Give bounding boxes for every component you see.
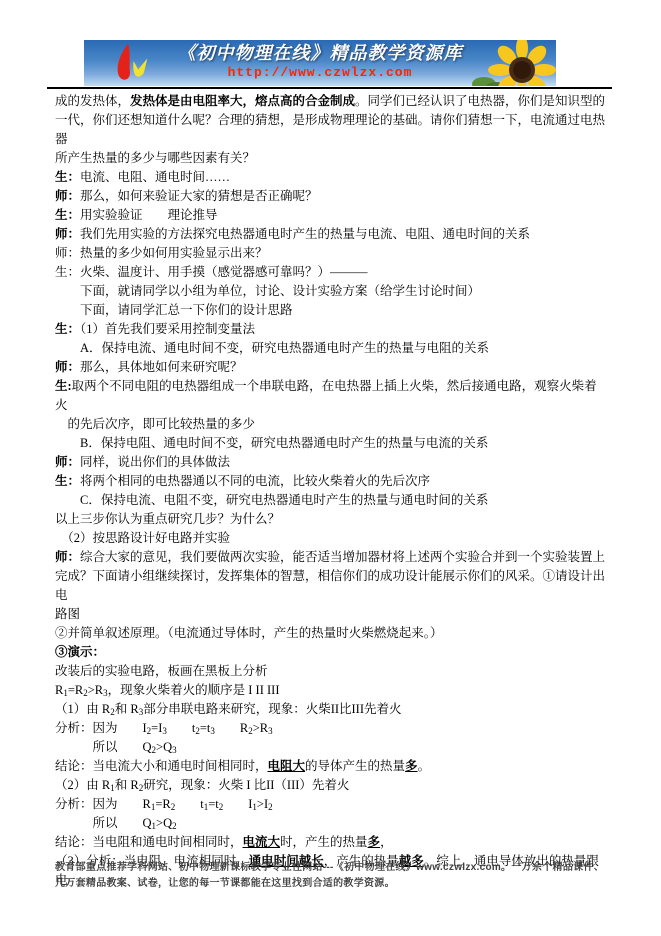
text-run: 那么，如何来验证大家的猜想是否正确呢？	[80, 189, 318, 203]
text-run: 2	[172, 821, 177, 831]
text-run: 师：	[55, 550, 80, 564]
doc-line: 一代，你们还想知道什么呢？合理的猜想，是形成物理理论的基础。请你们猜想一下，电流…	[55, 111, 607, 149]
text-run: 综合大家的意见，我们要做两次实验，能否适当增加器材将上述两个实验合并到一个实验装…	[80, 550, 605, 564]
document-body: 成的发热体，发热体是由电阻率大，熔点高的合金制成。同学们已经认识了电热器，你们是…	[55, 92, 607, 890]
doc-line: 路图	[55, 605, 607, 624]
text-run: 师：	[55, 189, 80, 203]
doc-line: A．保持电流、通电时间不变，研究电热器通电时产生的热量与电阻的关系	[55, 339, 607, 358]
text-run: t	[175, 797, 203, 811]
text-run: t	[167, 721, 195, 735]
text-run: >Q	[156, 740, 172, 754]
text-run: 将两个相同的电热器通以不同的电流，比较火柴着火的先后次序	[80, 474, 430, 488]
text-run: ③演示：	[55, 645, 105, 659]
text-run: 。同学们已经认识了电热器，你们是知识型的	[355, 94, 605, 108]
text-run: （1）首先我们要采用控制变量法	[80, 322, 255, 336]
text-run: 师：	[55, 360, 80, 374]
site-logo-icon	[106, 42, 152, 84]
text-run: 改装后的实验电路，板画在黑板上分析	[55, 664, 268, 678]
doc-line: ③演示：	[55, 643, 607, 662]
text-run: 多	[368, 835, 381, 849]
doc-line: 生：用实验验证 理论推导	[55, 206, 607, 225]
doc-line: 生：将两个相同的电热器通以不同的电流，比较火柴着火的先后次序	[55, 472, 607, 491]
doc-line: 结论：当电流大小和通电时间相同时，电阻大的导体产生的热量多。	[55, 757, 607, 776]
doc-line: 师：那么，如何来验证大家的猜想是否正确呢？	[55, 187, 607, 206]
text-run: 生：	[55, 322, 80, 336]
doc-line: 师：同样，说出你们的具体做法	[55, 453, 607, 472]
doc-line: （2）按思路设计好电路并实验	[55, 529, 607, 548]
doc-line: 所以 Q1>Q2	[55, 814, 607, 833]
text-run: 那么，具体地如何来研究呢？	[80, 360, 243, 374]
doc-line: 师：我们先用实验的方法探究电热器通电时产生的热量与电流、电阻、通电时间的关系	[55, 225, 607, 244]
banner-text-block: 《初中物理在线》精品教学资源库 http://www.czwlzx.com	[170, 42, 470, 81]
text-run: ，现象火柴着火的顺序是 I II III	[108, 683, 280, 697]
footer-line: 教育部重点推荐学科网站、初中物理新课标教学专业性网站---《初中物理在线》www…	[55, 860, 621, 876]
text-run: R	[215, 721, 248, 735]
text-run: =R	[155, 797, 170, 811]
doc-line: 下面，请同学汇总一下你们的设计思路	[55, 301, 607, 320]
text-run: 。	[418, 759, 431, 773]
text-run: 用实验验证 理论推导	[80, 208, 218, 222]
doc-line: R1=R2>R3，现象火柴着火的顺序是 I II III	[55, 681, 607, 700]
doc-line: 所以 Q2>Q3	[55, 738, 607, 757]
doc-line: 师：综合大家的意见，我们要做两次实验，能否适当增加器材将上述两个实验合并到一个实…	[55, 548, 607, 567]
text-run: 时，产生的热量	[280, 835, 368, 849]
text-run: 电流、电阻、通电时间……	[80, 170, 230, 184]
text-run: 生：火柴、温度计、用手摸（感觉器感可靠吗？）———	[55, 265, 368, 279]
text-run: >I	[257, 797, 268, 811]
footer-line: 几万套精品教案、试卷，让您的每一节课都能在这里找到合适的教学资源。	[55, 876, 621, 892]
text-run: 同样，说出你们的具体做法	[80, 455, 230, 469]
text-run: 3	[172, 745, 177, 755]
text-run: 和 R	[115, 778, 139, 792]
text-run: 生：	[55, 208, 80, 222]
text-run: 分析：因为 I	[55, 721, 147, 735]
text-run: 电阻大	[268, 759, 306, 773]
text-run: 师：热量的多少如何用实验显示出来？	[55, 246, 268, 260]
text-run: 的导体产生的热量	[305, 759, 405, 773]
text-run: 我们先用实验的方法探究电热器通电时产生的热量与电流、电阻、通电时间的关系	[80, 227, 530, 241]
text-run: 2	[268, 802, 273, 812]
text-run: 生：	[55, 474, 80, 488]
site-banner: 《初中物理在线》精品教学资源库 http://www.czwlzx.com	[84, 40, 556, 86]
text-run: （2）按思路设计好电路并实验	[55, 531, 230, 545]
text-run: 一代，你们还想知道什么呢？合理的猜想，是形成物理理论的基础。请你们猜想一下，电流…	[55, 113, 605, 146]
doc-line: 生：电流、电阻、通电时间……	[55, 168, 607, 187]
doc-line: 以上三步你认为重点研究几步？为什么？	[55, 510, 607, 529]
page-footer: 教育部重点推荐学科网站、初中物理新课标教学专业性网站---《初中物理在线》www…	[55, 860, 621, 892]
doc-line: 生:取两个不同电阻的电热器组成一个串联电路，在电热器上插上火柴，然后接通电路，观…	[55, 377, 607, 415]
text-run: （1）由 R	[55, 702, 110, 716]
text-run: 所产生热量的多少与哪些因素有关？	[55, 151, 255, 165]
doc-line: 生：（1）首先我们要采用控制变量法	[55, 320, 607, 339]
text-run: =t	[200, 721, 211, 735]
doc-line: 师：热量的多少如何用实验显示出来？	[55, 244, 607, 263]
text-run: =R	[68, 683, 83, 697]
banner-title: 《初中物理在线》精品教学资源库	[170, 42, 470, 64]
text-run: >R	[88, 683, 103, 697]
doc-line: 结论：当电阻和通电时间相同时，电流大时，产生的热量多，	[55, 833, 607, 852]
text-run: 3	[268, 726, 273, 736]
doc-line: 分析：因为 R1=R2 t1=t2 I1>I2	[55, 795, 607, 814]
sunflower-icon	[470, 40, 556, 86]
text-run: 所以 Q	[55, 816, 152, 830]
text-run: 和 R	[115, 702, 139, 716]
text-run: （2）由 R	[55, 778, 110, 792]
doc-line: （2）由 R1和 R2研究，现象：火柴 I 比II（III）先着火	[55, 776, 607, 795]
text-run: 以上三步你认为重点研究几步？为什么？	[55, 512, 280, 526]
doc-line: 分析：因为 I2=I3 t2=t3 R2>R3	[55, 719, 607, 738]
page: { "header": { "banner_title": "《初中物理在线》精…	[0, 0, 661, 936]
doc-line: 下面，就请同学以小组为单位，讨论、设计实验方案（给学生讨论时间）	[55, 282, 607, 301]
text-run: 电流大	[243, 835, 281, 849]
text-run: ，	[380, 835, 393, 849]
header-divider	[47, 87, 612, 89]
doc-line: ②并简单叙述原理。（电流通过导体时，产生的热量时火柴燃烧起来。）	[55, 624, 607, 643]
text-run: 的先后次序，即可比较热量的多少	[55, 417, 255, 431]
doc-line: 完成？下面请小组继续探讨，发挥集体的智慧，相信你们的成功设计能展示你们的风采。①…	[55, 567, 607, 605]
text-run: 完成？下面请小组继续探讨，发挥集体的智慧，相信你们的成功设计能展示你们的风采。①…	[55, 569, 605, 602]
text-run: I	[223, 797, 252, 811]
text-run: A．保持电流、通电时间不变，研究电热器通电时产生的热量与电阻的关系	[55, 341, 489, 355]
text-run: 取两个不同电阻的电热器组成一个串联电路，在电热器上插上火柴，然后接通电路，观察火…	[55, 379, 597, 412]
text-run: 研究，现象：火柴 I 比II（III）先着火	[143, 778, 349, 792]
text-run: 师：	[55, 227, 80, 241]
text-run: 下面，就请同学以小组为单位，讨论、设计实验方案（给学生讨论时间）	[55, 284, 480, 298]
text-run: 成的发热体，	[55, 94, 130, 108]
doc-line: 改装后的实验电路，板画在黑板上分析	[55, 662, 607, 681]
text-run: C．保持电流、电阻不变，研究电热器通电时产生的热量与通电时间的关系	[55, 493, 488, 507]
text-run: 多	[405, 759, 418, 773]
text-run: >Q	[156, 816, 172, 830]
doc-line: （1）由 R2和 R3部分串联电路来研究，现象：火柴II比III先着火	[55, 700, 607, 719]
text-run: 下面，请同学汇总一下你们的设计思路	[55, 303, 293, 317]
text-run: 发热体是由电阻率大，熔点高的合金制成	[130, 94, 355, 108]
doc-line: 的先后次序，即可比较热量的多少	[55, 415, 607, 434]
text-run: B．保持电阻、通电时间不变，研究电热器通电时产生的热量与电流的关系	[55, 436, 488, 450]
text-run: =I	[151, 721, 162, 735]
text-run: ②并简单叙述原理。（电流通过导体时，产生的热量时火柴燃烧起来。）	[55, 626, 443, 640]
banner-url: http://www.czwlzx.com	[170, 64, 470, 81]
doc-line: 师：那么，具体地如何来研究呢？	[55, 358, 607, 377]
text-run: 结论：当电阻和通电时间相同时，	[55, 835, 243, 849]
doc-line: 生：火柴、温度计、用手摸（感觉器感可靠吗？）———	[55, 263, 607, 282]
text-run: 部分串联电路来研究，现象：火柴II比III先着火	[143, 702, 401, 716]
text-run: 生:	[55, 379, 72, 393]
text-run: >R	[253, 721, 268, 735]
text-run: 所以 Q	[55, 740, 152, 754]
text-run: 路图	[55, 607, 80, 621]
doc-line: B．保持电阻、通电时间不变，研究电热器通电时产生的热量与电流的关系	[55, 434, 607, 453]
text-run: 分析：因为 R	[55, 797, 151, 811]
text-run: 师：	[55, 455, 80, 469]
text-run: 结论：当电流大小和通电时间相同时，	[55, 759, 268, 773]
doc-line: 成的发热体，发热体是由电阻率大，熔点高的合金制成。同学们已经认识了电热器，你们是…	[55, 92, 607, 111]
text-run: 生：	[55, 170, 80, 184]
doc-line: C．保持电流、电阻不变，研究电热器通电时产生的热量与通电时间的关系	[55, 491, 607, 510]
doc-line: 所产生热量的多少与哪些因素有关？	[55, 149, 607, 168]
text-run: =t	[208, 797, 219, 811]
